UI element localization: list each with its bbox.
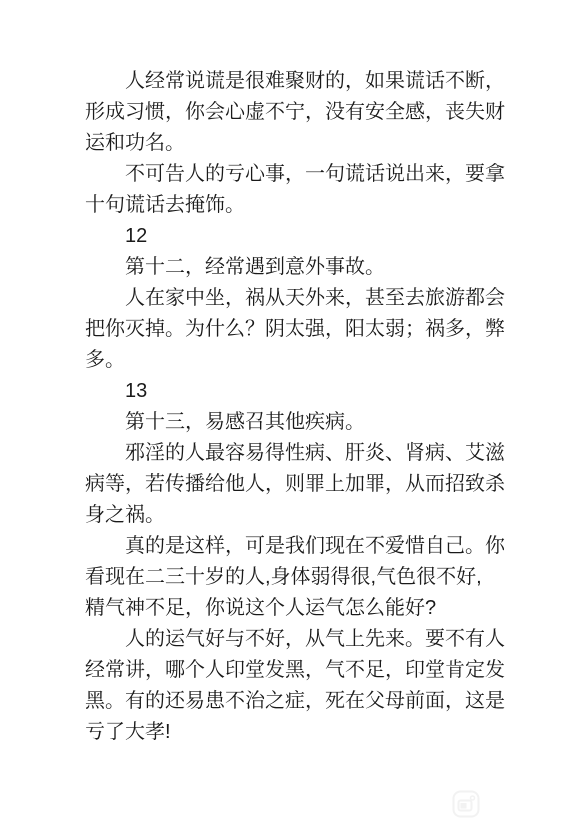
watermark-logo-svg xyxy=(452,790,480,818)
text-line: 不可告人的亏心事，一句谎话说出来，要拿 xyxy=(85,159,530,190)
paragraph: 邪淫的人最容易得性病、肝炎、肾病、艾滋病等，若传播给他人，则罪上加罪，从而招致杀… xyxy=(85,438,530,531)
paragraph: 第十二，经常遇到意外事故。 xyxy=(85,252,530,283)
text-line: 13 xyxy=(85,376,530,407)
text-line: 运和功名。 xyxy=(85,128,530,159)
text-line: 真的是这样，可是我们现在不爱惜自己。你 xyxy=(85,531,530,562)
text-line: 看现在二三十岁的人,身体弱得很,气色很不好, xyxy=(85,562,530,593)
paragraph: 人的运气好与不好，从气上先来。要不有人经常讲，哪个人印堂发黑，气不足，印堂肯定发… xyxy=(85,624,530,748)
paragraph: 人经常说谎是很难聚财的，如果谎话不断，形成习惯，你会心虚不宁，没有安全感，丧失财… xyxy=(85,66,530,159)
watermark-logo-icon xyxy=(452,790,480,818)
document-body: 人经常说谎是很难聚财的，如果谎话不断，形成习惯，你会心虚不宁，没有安全感，丧失财… xyxy=(85,66,530,748)
text-line: 人经常说谎是很难聚财的，如果谎话不断， xyxy=(85,66,530,97)
text-line: 12 xyxy=(85,221,530,252)
paragraph: 12 xyxy=(85,221,530,252)
text-line: 人在家中坐，祸从天外来，甚至去旅游都会 xyxy=(85,283,530,314)
text-line: 第十二，经常遇到意外事故。 xyxy=(85,252,530,283)
text-line: 身之祸。 xyxy=(85,500,530,531)
text-line: 形成习惯，你会心虚不宁，没有安全感，丧失财 xyxy=(85,97,530,128)
text-line: 黑。有的还易患不治之症，死在父母前面，这是 xyxy=(85,686,530,717)
text-line: 十句谎话去掩饰。 xyxy=(85,190,530,221)
document-page: 人经常说谎是很难聚财的，如果谎话不断，形成习惯，你会心虚不宁，没有安全感，丧失财… xyxy=(0,0,580,820)
text-line: 人的运气好与不好，从气上先来。要不有人 xyxy=(85,624,530,655)
paragraph: 不可告人的亏心事，一句谎话说出来，要拿十句谎话去掩饰。 xyxy=(85,159,530,221)
paragraph: 13 xyxy=(85,376,530,407)
text-line: 邪淫的人最容易得性病、肝炎、肾病、艾滋 xyxy=(85,438,530,469)
text-line: 第十三，易感召其他疾病。 xyxy=(85,407,530,438)
paragraph: 真的是这样，可是我们现在不爱惜自己。你看现在二三十岁的人,身体弱得很,气色很不好… xyxy=(85,531,530,624)
text-line: 经常讲，哪个人印堂发黑，气不足，印堂肯定发 xyxy=(85,655,530,686)
paragraph: 人在家中坐，祸从天外来，甚至去旅游都会把你灭掉。为什么？阴太强，阳太弱；祸多，弊… xyxy=(85,283,530,376)
text-line: 精气神不足，你说这个人运气怎么能好? xyxy=(85,593,530,624)
text-line: 多。 xyxy=(85,345,530,376)
paragraph: 第十三，易感召其他疾病。 xyxy=(85,407,530,438)
text-line: 病等，若传播给他人，则罪上加罪，从而招致杀 xyxy=(85,469,530,500)
text-line: 亏了大孝! xyxy=(85,717,530,748)
text-line: 把你灭掉。为什么？阴太强，阳太弱；祸多，弊 xyxy=(85,314,530,345)
